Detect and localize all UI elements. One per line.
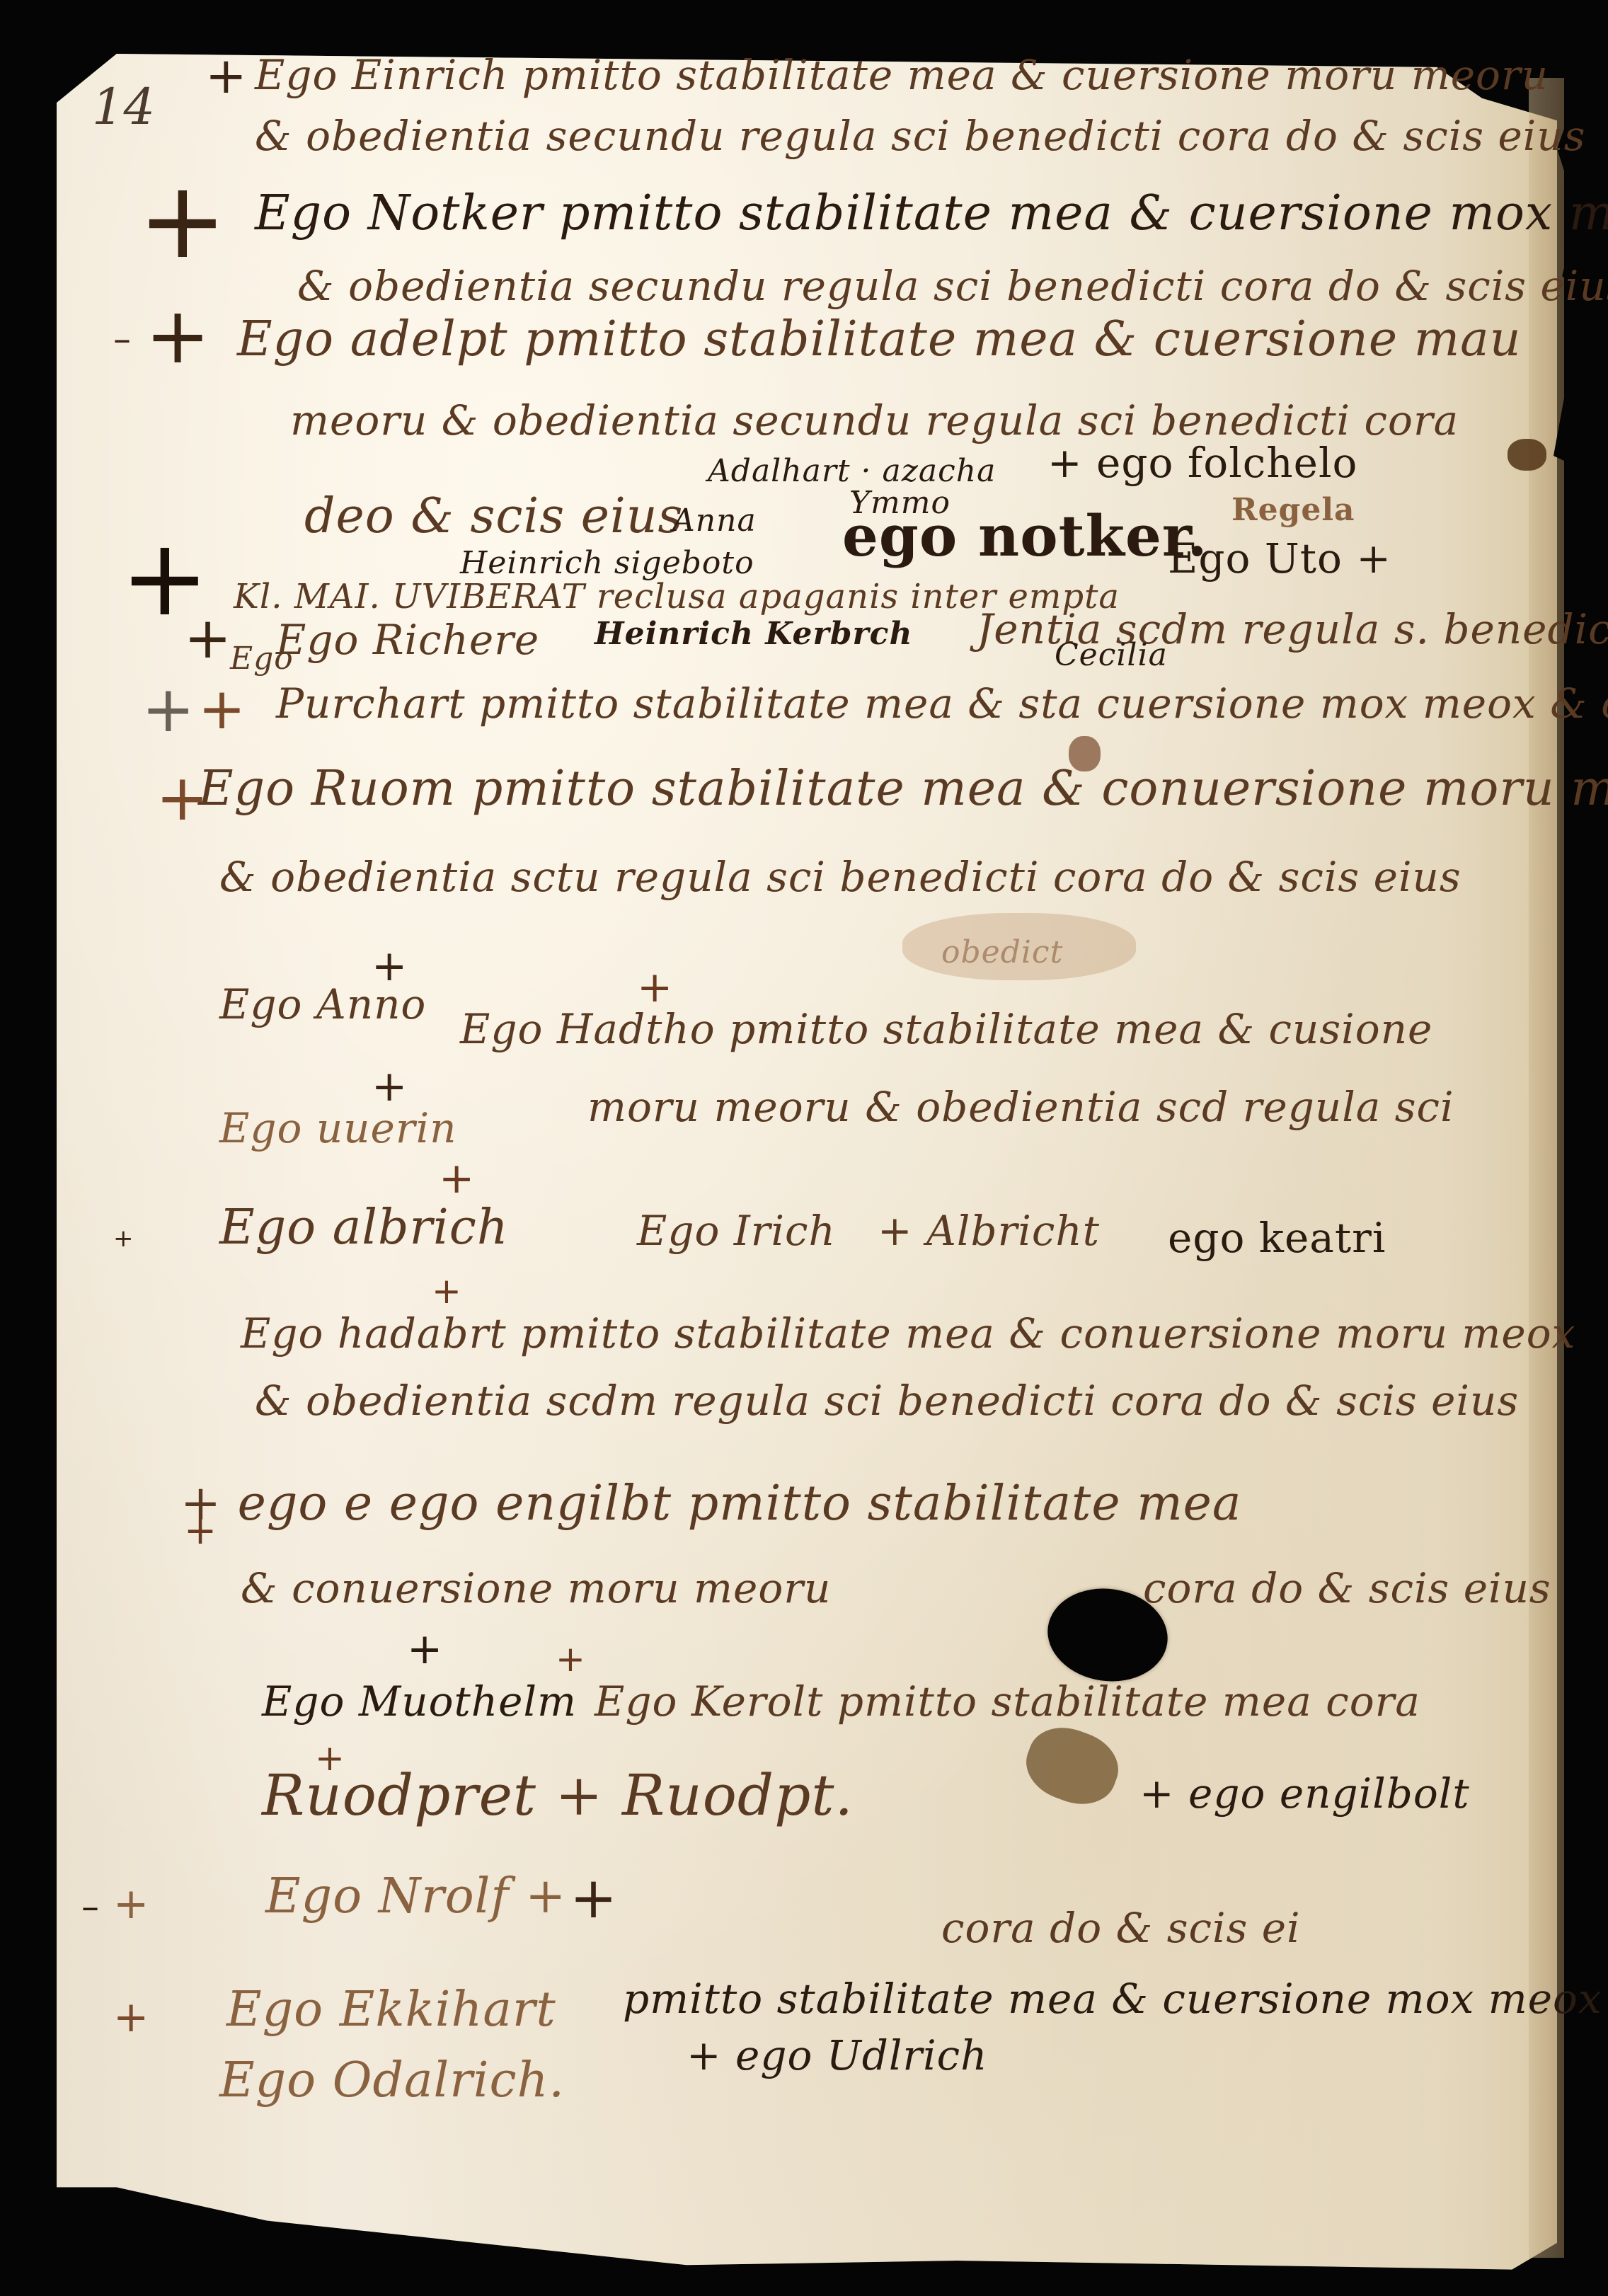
text-line: Heinrich sigeboto [460, 545, 754, 581]
dash-mark: – [113, 318, 131, 360]
cross-icon: + [142, 672, 195, 747]
text-line: cora do & scis ei [941, 1904, 1301, 1952]
parchment-page [57, 54, 1557, 2276]
cross-icon: + [113, 1879, 149, 1929]
cross-icon: + [113, 1224, 134, 1253]
cross-icon: + [439, 1154, 474, 1203]
text-line: + ego e ego engilbt pmitto stabilitate m… [180, 1476, 1241, 1532]
text-line: Ego Kerolt pmitto stabilitate mea cora [595, 1677, 1420, 1726]
text-line: pmitto stabilitate mea & cuersione mox m… [623, 1975, 1602, 2023]
cross-icon: + [432, 1270, 461, 1311]
text-line: Ego Notker pmitto stabilitate mea & cuer… [255, 185, 1608, 241]
cross-icon: + [407, 1624, 442, 1674]
cross-icon: + [570, 1865, 617, 1931]
text-line: & obedientia secundu regula sci benedict… [255, 112, 1585, 160]
text-line: Ego Richere [276, 616, 539, 664]
text-line: Ego Hadtho pmitto stabilitate mea & cusi… [460, 1005, 1432, 1053]
text-line: & obedientia sctu regula sci benedicti c… [219, 853, 1461, 901]
text-line: Ego Einrich pmitto stabilitate mea & cue… [255, 51, 1549, 99]
text-line: moru meoru & obedientia scd regula sci [587, 1083, 1454, 1131]
dash-mark: – [81, 1886, 99, 1927]
text-line: Ego Anno [219, 980, 426, 1028]
text-line: Ego Ruom pmitto stabilitate mea & conuer… [198, 761, 1608, 817]
cross-icon: + [205, 47, 247, 105]
text-line: Purchart pmitto stabilitate mea & sta cu… [276, 679, 1608, 728]
text-line: Cecilia [1055, 637, 1168, 673]
text-line: ego notker. [842, 503, 1208, 569]
text-line: Ego uuerin [219, 1104, 457, 1152]
text-line: Adalhart · azacha [708, 453, 996, 489]
text-line: + Albricht [878, 1207, 1100, 1255]
text-line: Ego Irich [637, 1207, 836, 1255]
text-line: + ego folchelo [1047, 439, 1357, 487]
text-line: ego keatri [1168, 1214, 1386, 1262]
text-line: obedict [941, 934, 1063, 970]
text-line: Ego albrich [219, 1200, 509, 1256]
folio-number: 14 [92, 78, 155, 136]
text-line: + ego engilbolt [1139, 1769, 1470, 1818]
text-line: Ego Muothelm [262, 1677, 577, 1726]
cross-icon: + [113, 1992, 149, 2042]
cross-icon: + [556, 1638, 585, 1680]
text-line: Ego hadabrt pmitto stabilitate mea & con… [241, 1309, 1575, 1357]
text-line: & obedientia scdm regula sci benedicti c… [255, 1377, 1519, 1425]
text-line: Ego Nrolf + [265, 1869, 566, 1924]
text-line: Heinrich Kerbrch [595, 616, 912, 652]
text-line: Ego Uto + [1168, 534, 1391, 582]
text-line: & obedientia secundu regula sci benedict… [297, 262, 1608, 310]
cross-icon: + [198, 676, 246, 742]
binding-gutter [1529, 78, 1564, 2258]
text-line: deo & scis eius [304, 488, 683, 544]
text-line: Ego adelpt pmitto stabilitate mea & cuer… [237, 311, 1522, 367]
cross-icon: + [145, 290, 210, 381]
cross-icon: + [184, 605, 231, 671]
text-line: Ego Odalrich. [219, 2053, 565, 2108]
text-line: Ego Ekkihart [226, 1982, 556, 2038]
large-cross-icon: + [138, 159, 227, 282]
text-line: cora do & scis eius [1143, 1564, 1551, 1612]
text-line: Anna [672, 503, 757, 539]
text-line: Ruodpret + Ruodpt. [262, 1762, 854, 1828]
text-line: + ego Udlrich [687, 2031, 988, 2079]
text-line: meoru & obedientia secundu regula sci be… [290, 396, 1459, 444]
text-line: & conuersione moru meoru [241, 1564, 831, 1612]
text-line: Regela [1231, 492, 1355, 528]
stain [1507, 439, 1546, 471]
